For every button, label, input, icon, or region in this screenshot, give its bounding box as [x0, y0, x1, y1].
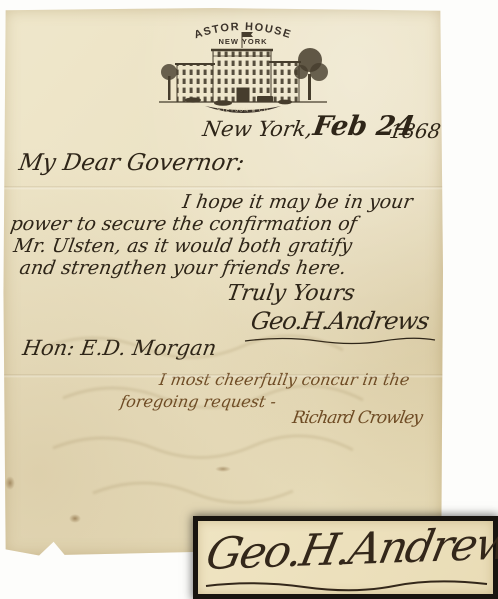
proprietor-ribbon: STETSON & CO: [205, 106, 281, 114]
closing: Truly Yours: [225, 282, 356, 306]
signature-inset: Geo.H.Andrews: [193, 516, 498, 599]
dateline-place: New York,: [201, 118, 314, 141]
letterhead-proprietor: STETSON & CO: [217, 108, 269, 114]
letterhead-city: NEW YORK: [218, 37, 267, 46]
inset-signature: Geo.H.Andrews: [202, 518, 498, 580]
astor-house-engraving: ASTOR HOUSE NEW YORK: [153, 14, 333, 116]
body-line: power to secure the confirmation of: [9, 214, 358, 235]
paper-stain: [69, 514, 81, 523]
letter-page: ASTOR HOUSE NEW YORK: [3, 8, 443, 556]
dateline-year: 1868: [388, 120, 442, 142]
paper-stain: [5, 476, 15, 490]
inset-signature-flourish: [204, 579, 490, 593]
building-engraving: [175, 50, 301, 102]
salutation: My Dear Governor:: [17, 151, 246, 176]
body-line: and strengthen your friends here.: [18, 258, 348, 279]
body-line: I hope it may be in your: [181, 192, 414, 213]
paper-stain: [215, 466, 231, 472]
fold-crease: [3, 186, 443, 190]
fold-crease: [3, 374, 443, 378]
ink-bleedthrough: [33, 308, 413, 538]
body-line: Mr. Ulsten, as it would both gratify: [12, 236, 354, 257]
